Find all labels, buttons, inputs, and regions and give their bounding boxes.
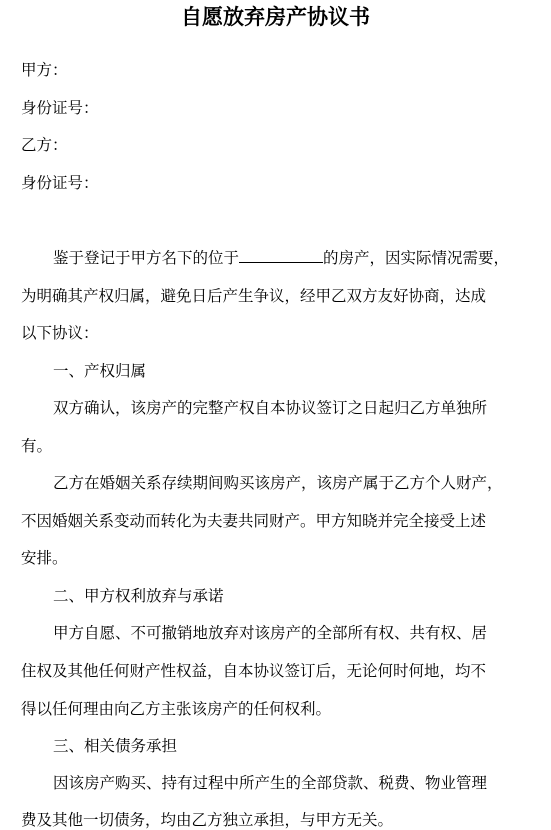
section-1-paragraph-2-line-1: 乙方在婚姻关系存续期间购买该房产，该房产属于乙方个人财产， [53, 472, 503, 494]
section-1-paragraph-1-line-2: 有。 [21, 435, 52, 457]
party-b-id-label: 身份证号： [21, 172, 99, 194]
preamble-text-before: 鉴于登记于甲方名下的位于 [53, 249, 239, 267]
section-2-paragraph-1-line-3: 得以任何理由向乙方主张该房产的任何权利。 [21, 698, 331, 720]
section-2-paragraph-1-line-2: 住权及其他任何财产性权益，自本协议签订后，无论何时何地，均不 [21, 660, 486, 682]
preamble-text-after: 的房产，因实际情况需要， [323, 249, 509, 267]
section-3-paragraph-1-line-2: 费及其他一切债务，均由乙方独立承担，与甲方无关。 [21, 809, 393, 830]
party-a-label: 甲方： [21, 59, 68, 81]
party-a-id-label: 身份证号： [21, 97, 99, 119]
section-2-paragraph-1-line-1: 甲方自愿、不可撤销地放弃对该房产的全部所有权、共有权、居 [53, 622, 487, 644]
section-1-paragraph-1-line-1: 双方确认，该房产的完整产权自本协议签订之日起归乙方单独所 [53, 397, 487, 419]
section-3-paragraph-1-line-1: 因该房产购买、持有过程中所产生的全部贷款、税费、物业管理 [53, 772, 487, 794]
section-1-paragraph-2-line-2: 不因婚姻关系变动而转化为夫妻共同财产。甲方知晓并完全接受上述 [21, 510, 486, 532]
section-3-heading: 三、相关债务承担 [53, 735, 177, 757]
party-b-label: 乙方： [21, 134, 68, 156]
section-1-paragraph-2-line-3: 安排。 [21, 547, 68, 569]
preamble-line-2: 为明确其产权归属，避免日后产生争议，经甲乙双方友好协商，达成 [21, 285, 486, 307]
document-title: 自愿放弃房产协议书 [0, 2, 551, 32]
address-blank [239, 248, 323, 263]
preamble-line-3: 以下协议： [21, 322, 99, 344]
section-1-heading: 一、产权归属 [53, 360, 146, 382]
section-2-heading: 二、甲方权利放弃与承诺 [53, 585, 224, 607]
preamble-line-1: 鉴于登记于甲方名下的位于的房产，因实际情况需要， [53, 247, 509, 269]
